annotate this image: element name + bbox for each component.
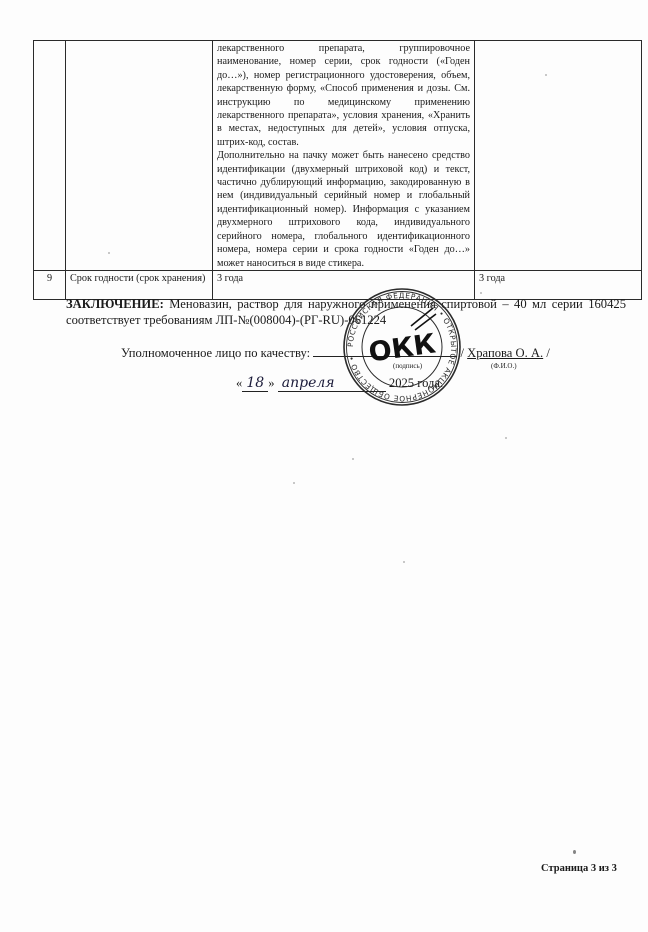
signature-blank (313, 344, 457, 357)
date-close-quote: » (268, 376, 274, 390)
scan-speck (352, 458, 354, 460)
signatory-name: Храпова О. А. (467, 346, 543, 360)
parameter-name-cell (66, 41, 213, 271)
row-number-cell: 9 (34, 270, 66, 299)
fact-cell (475, 41, 642, 271)
conclusion-label: ЗАКЛЮЧЕНИЕ: (66, 297, 164, 311)
specification-table: лекарственного препарата, группировочное… (33, 40, 642, 300)
scan-speck (505, 437, 507, 439)
page-number: Страница 3 из 3 (541, 863, 617, 874)
requirement-cell: лекарственного препарата, группировочное… (213, 41, 475, 271)
date-year: 2025 года. (389, 376, 443, 390)
row-number-cell (34, 41, 66, 271)
signature-line: Уполномоченное лицо по качеству: / Храпо… (121, 344, 550, 361)
table-row: лекарственного препарата, группировочное… (34, 41, 642, 271)
conclusion: ЗАКЛЮЧЕНИЕ: Меновазин, раствор для наруж… (66, 296, 626, 328)
separator: / (461, 346, 465, 360)
date-line: «18» апреля 2025 года. (236, 375, 443, 392)
separator: / (546, 346, 550, 360)
date-day: 18 (242, 375, 268, 392)
scan-speck (573, 850, 576, 854)
scan-speck (403, 561, 405, 563)
scan-speck (293, 482, 295, 484)
signature-role-label: Уполномоченное лицо по качеству: (121, 346, 310, 360)
date-month: апреля (278, 375, 386, 392)
document-page: лекарственного препарата, группировочное… (0, 0, 648, 932)
fio-caption: (Ф.И.О.) (491, 362, 517, 370)
signature-caption: (подпись) (393, 362, 422, 370)
requirement-paragraph: Дополнительно на пачку может быть нанесе… (217, 149, 470, 270)
requirement-paragraph: лекарственного препарата, группировочное… (217, 42, 470, 149)
